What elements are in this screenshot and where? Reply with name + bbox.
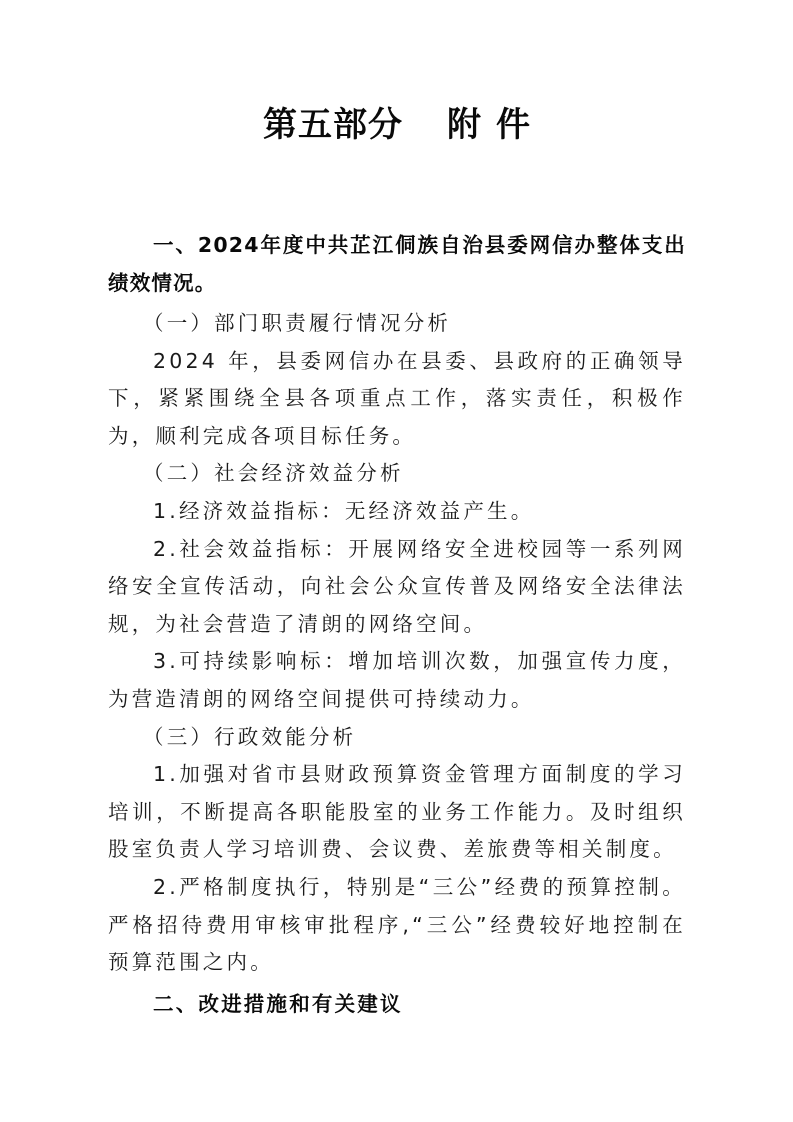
page-title-first: 附	[447, 105, 482, 145]
paragraph: 2.严格制度执行，特别是“三公”经费的预算控制。严格招待费用审核审批程序,“三公…	[108, 869, 686, 982]
paragraph: 1.经济效益指标：无经济效益产生。	[108, 493, 686, 531]
paragraph: 2.社会效益指标：开展网络安全进校园等一系列网络安全宣传活动，向社会公众宣传普及…	[108, 531, 686, 644]
subsection-heading: （二）社会经济效益分析	[108, 455, 686, 493]
page-title-second: 件	[496, 105, 531, 145]
paragraph: 1.加强对省市县财政预算资金管理方面制度的学习培训，不断提高各职能股室的业务工作…	[108, 756, 686, 869]
subsection-heading: （三）行政效能分析	[108, 719, 686, 757]
section-heading-2: 二、改进措施和有关建议	[108, 986, 686, 1024]
subsection-heading: （一）部门职责履行情况分析	[108, 305, 686, 343]
page-title: 第五部分附件	[108, 100, 686, 150]
paragraph: 2024 年，县委网信办在县委、县政府的正确领导下，紧紧围绕全县各项重点工作，落…	[108, 343, 686, 456]
page-title-part: 第五部分	[263, 105, 403, 145]
paragraph: 3.可持续影响标：增加培训次数，加强宣传力度，为营造清朗的网络空间提供可持续动力…	[108, 643, 686, 718]
document-body: 一、2024年度中共芷江侗族自治县委网信办整体支出绩效情况。 （一）部门职责履行…	[108, 226, 686, 1023]
section-heading-1: 一、2024年度中共芷江侗族自治县委网信办整体支出绩效情况。	[108, 226, 686, 302]
